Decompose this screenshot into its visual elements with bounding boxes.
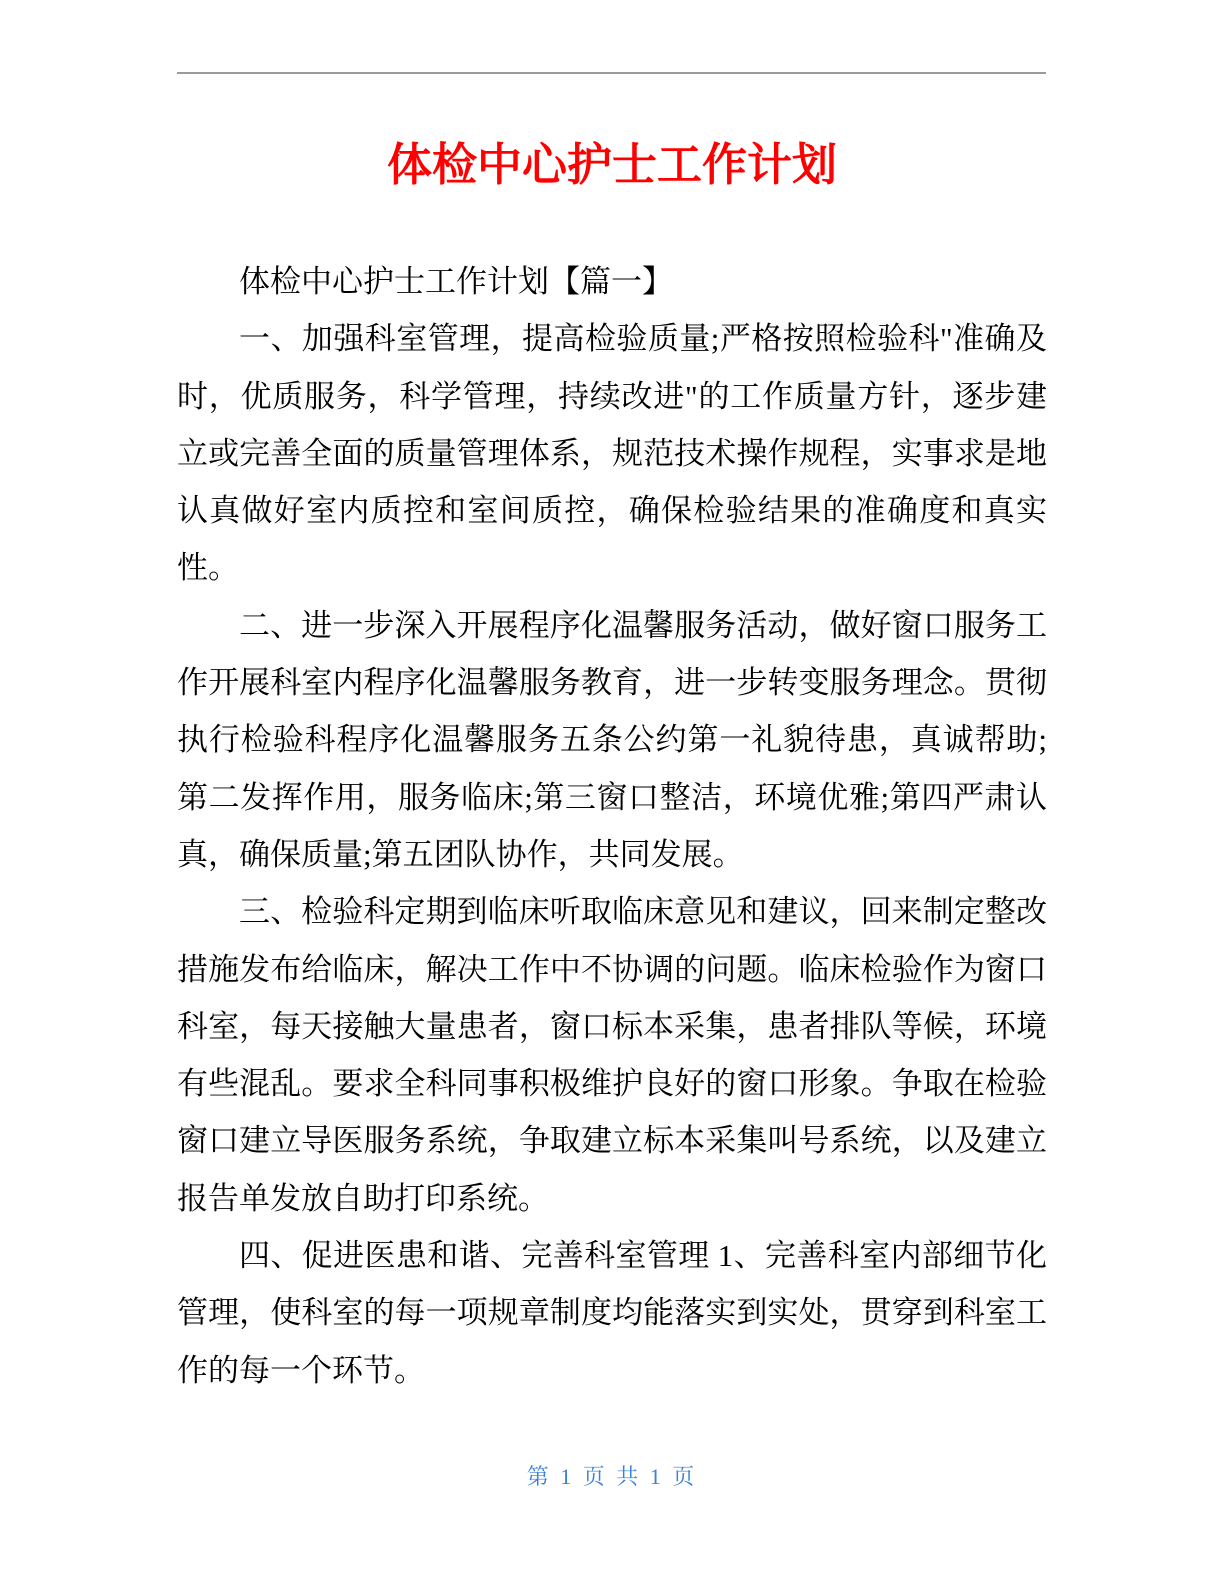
paragraph-section-4: 四、促进医患和谐、完善科室管理 1、完善科室内部细节化管理，使科室的每一项规章制…	[177, 1227, 1047, 1399]
document-page: 体检中心护士工作计划 体检中心护士工作计划【篇一】 一、加强科室管理，提高检验质…	[0, 0, 1224, 1584]
paragraph-intro: 体检中心护士工作计划【篇一】	[177, 253, 1047, 310]
document-body: 体检中心护士工作计划【篇一】 一、加强科室管理，提高检验质量;严格按照检验科"准…	[177, 253, 1047, 1399]
paragraph-section-3: 三、检验科定期到临床听取临床意见和建议，回来制定整改措施发布给临床，解决工作中不…	[177, 883, 1047, 1227]
header-divider	[177, 72, 1046, 74]
document-title: 体检中心护士工作计划	[0, 140, 1224, 190]
paragraph-section-1: 一、加强科室管理，提高检验质量;严格按照检验科"准确及时，优质服务，科学管理，持…	[177, 310, 1047, 596]
paragraph-section-2: 二、进一步深入开展程序化温馨服务活动，做好窗口服务工作开展科室内程序化温馨服务教…	[177, 597, 1047, 883]
page-number-footer: 第 1 页 共 1 页	[0, 1463, 1224, 1491]
